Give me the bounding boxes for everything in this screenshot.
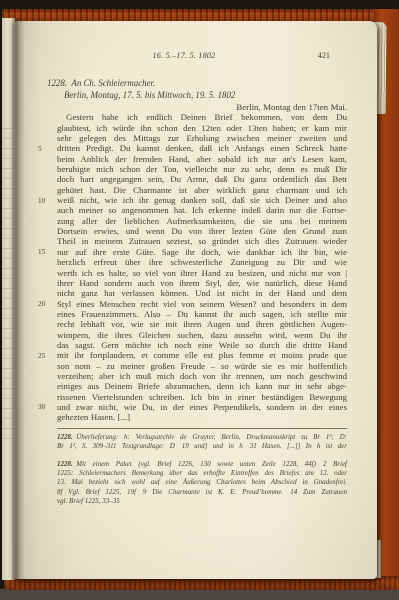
letter-line-text: wimpern, die ihres Gleichen suchen, dazu… <box>57 330 347 340</box>
commentary-line-text: 13. Mai bezieht sich wohl auf eine Äußer… <box>57 478 347 486</box>
line-number: 20 <box>38 299 53 309</box>
apparatus-letter-number: 1228. <box>57 433 73 441</box>
letter-line: 20 Styl eines Menschen recht viel von se… <box>57 299 347 309</box>
letter-line-text: son nom – zu meiner großen Freude – so w… <box>57 361 347 371</box>
letter-line-text: Berlin, Montag den 17ten Mai. <box>236 102 347 112</box>
letter-line: son nom – zu meiner großen Freude – so w… <box>57 361 347 371</box>
letter-line: herzlich erfreut über ihre schwesterlich… <box>57 257 347 267</box>
page-number: 421 <box>318 51 330 60</box>
apparatus-line-text: Br 1¹, S. 309–311 Textgrundlage: D 19 un… <box>57 442 347 450</box>
letter-line-text: herzlich erfreut über ihre schwesterlich… <box>57 257 347 267</box>
letter-line-text: glaubtest, ich würde ihn schon den 12ten… <box>57 123 347 133</box>
commentary-line: 8f Vgl. Brief 1225, 19f 9 Die Charmante … <box>57 488 347 497</box>
line-number: 30 <box>38 402 53 412</box>
line-number: 10 <box>38 196 53 206</box>
letter-body: Berlin, Montag den 17ten Mai. Gestern ha… <box>57 102 347 423</box>
line-number: 25 <box>38 351 53 361</box>
letter-line-text: gehütet hast. Die Charmante ist aber wir… <box>57 185 347 195</box>
letter-line-text: gehezten Hasen. [...] <box>57 412 130 422</box>
letter-line: beim Anblick der fremden Hand, aber soba… <box>57 154 347 164</box>
gutter-shadow <box>11 18 25 580</box>
letter-line-text: einiges aus Deinem Briefe abzumachen, de… <box>57 381 347 391</box>
commentary-line: 1228. Mit einem Paket (vgl. Brief 1226, … <box>57 460 347 469</box>
letter-line: glaubtest, ich würde ihn schon den 12ten… <box>57 123 347 133</box>
letter-line-text: und zwar nicht, wie Du, in der eines Per… <box>57 402 347 412</box>
letter-line-text: mit ihr fortplaudern, et comme elle est … <box>57 350 347 360</box>
letter-line: Theil in meinem Zutrauen seztest, so grü… <box>57 236 347 246</box>
apparatus-divider <box>57 428 347 429</box>
letter-line: nicht ganz hat verlassen können. Und ist… <box>57 288 347 298</box>
apparatus-line-text: Überlieferung: h: Verlagsarchiv de Gruyt… <box>73 433 347 441</box>
letter-line-text: beruhigte mich schon der Ton, vielleicht… <box>57 164 347 174</box>
letter-line-text: Styl eines Menschen recht viel von seine… <box>57 299 347 309</box>
book-page: 16. 5.–17. 5. 1802 421 1228. An Ch. Schl… <box>14 21 377 579</box>
letter-line-text: Dortsein erwies, und wenn Du von ihrer l… <box>57 226 347 236</box>
letter-line-text: werth ich es halte, so viel von ihrer Ha… <box>57 268 347 278</box>
letter-line: Gestern habe ich endlich Deinen Brief be… <box>57 112 347 122</box>
letter-line-text: doch hart angegangen sein, Du Arme, daß … <box>57 174 347 184</box>
letter-line: das sagst. Gern möchte ich noch eine Wei… <box>57 340 347 350</box>
letter-line-text: ihrer Hand sondern auch von ihrem Styl, … <box>57 278 347 288</box>
textual-apparatus: 1228. Überlieferung: h: Verlagsarchiv de… <box>57 433 347 452</box>
letter-line: 5 dritten Predigt. Du kannst denken, daß… <box>57 143 347 153</box>
commentary-letter-number: 1228. <box>57 460 73 468</box>
commentary-line: 1225: Schleiermachers Bemerkung über das… <box>57 469 347 478</box>
letter-line: 15 nur auf ihre erste Güte. Sage ihr doc… <box>57 247 347 257</box>
letter-heading-line1: 1228. An Ch. Schleiermacher. <box>47 78 155 88</box>
letter-line-text: dritten Predigt. Du kannst denken, daß i… <box>57 143 347 153</box>
letter-line: Dortsein erwies, und wenn Du von ihrer l… <box>57 226 347 236</box>
commentary-line-text: vgl. Brief 1225, 33–35 <box>57 497 120 505</box>
letter-line-text: auch meiner so angenommen hat. Ich erken… <box>57 205 347 215</box>
letter-heading-line2: Berlin, Montag, 17. 5. bis Mittwoch, 19.… <box>64 90 235 100</box>
letter-line: 25 mit ihr fortplaudern, et comme elle e… <box>57 350 347 360</box>
letter-line: rissenen Viertelstunden schreiben. Ich b… <box>57 392 347 402</box>
letter-line: werth ich es halte, so viel von ihrer Ha… <box>57 268 347 278</box>
running-header-date: 16. 5.–17. 5. 1802 <box>104 51 264 60</box>
letter-line: einiges aus Deinem Briefe abzumachen, de… <box>57 381 347 391</box>
letter-line: beruhigte mich schon der Ton, vielleicht… <box>57 164 347 174</box>
commentary-line-text: 8f Vgl. Brief 1225, 19f 9 Die Charmante … <box>57 488 347 496</box>
letter-line: ihrer Hand sondern auch von ihrem Styl, … <box>57 278 347 288</box>
letter-line: wimpern, die ihres Gleichen suchen, dazu… <box>57 330 347 340</box>
letter-line: recht lebhaft vor, wie sie mit ihren Aug… <box>57 319 347 329</box>
letter-line-text: rissenen Viertelstunden schreiben. Ich b… <box>57 392 347 402</box>
letter-line-text: zung aller der lieblichen Aufmerksamkeit… <box>57 216 347 226</box>
letter-line: verzeihen; aber ich muß mich doch von ih… <box>57 371 347 381</box>
letter-line: 30 und zwar nicht, wie Du, in der eines … <box>57 402 347 412</box>
letter-line-text: Theil in meinem Zutrauen seztest, so grü… <box>57 236 347 246</box>
commentary-line-text: 1225: Schleiermachers Bemerkung über das… <box>57 469 347 477</box>
letter-line-text: das sagst. Gern möchte ich noch eine Wei… <box>57 340 347 350</box>
commentary-line-text: Mit einem Paket (vgl. Brief 1226, 130 so… <box>73 460 347 468</box>
letter-line-text: nicht ganz hat verlassen können. Und ist… <box>57 288 347 298</box>
letter-line: auch meiner so angenommen hat. Ich erken… <box>57 205 347 215</box>
letter-line-text: nur auf ihre erste Güte. Sage ihr doch, … <box>57 247 347 257</box>
letter-line: 10 weiß nicht, wie ich ihr genug danken … <box>57 195 347 205</box>
letter-line-text: beim Anblick der fremden Hand, aber soba… <box>57 154 347 164</box>
letter-line-text: eines Frauenzimmers. Also – Du kannst ih… <box>57 309 347 319</box>
letter-line: gehezten Hasen. [...] <box>57 412 347 422</box>
commentary-line: 13. Mai bezieht sich wohl auf eine Äußer… <box>57 478 347 487</box>
letter-line-text: verzeihen; aber ich muß mich doch von ih… <box>57 371 347 381</box>
line-number: 15 <box>38 247 53 257</box>
letter-line: eines Frauenzimmers. Also – Du kannst ih… <box>57 309 347 319</box>
book-photo-background: 16. 5.–17. 5. 1802 421 1228. An Ch. Schl… <box>0 0 399 600</box>
letter-line: doch hart angegangen sein, Du Arme, daß … <box>57 174 347 184</box>
letter-line: zung aller der lieblichen Aufmerksamkeit… <box>57 216 347 226</box>
commentary-apparatus: 1228. Mit einem Paket (vgl. Brief 1226, … <box>57 460 347 507</box>
letter-line: sehr gelegen des Mittags zur Erholung zw… <box>57 133 347 143</box>
apparatus-line: Br 1¹, S. 309–311 Textgrundlage: D 19 un… <box>57 442 347 451</box>
commentary-line: vgl. Brief 1225, 33–35 <box>57 497 347 506</box>
letter-line-text: sehr gelegen des Mittags zur Erholung zw… <box>57 133 347 143</box>
letter-line: gehütet hast. Die Charmante ist aber wir… <box>57 185 347 195</box>
apparatus-line: 1228. Überlieferung: h: Verlagsarchiv de… <box>57 433 347 442</box>
letter-line-text: weiß nicht, wie ich ihr genug danken sol… <box>57 195 347 205</box>
letter-line-text: Gestern habe ich endlich Deinen Brief be… <box>57 112 347 122</box>
letter-line: Berlin, Montag den 17ten Mai. <box>57 102 347 112</box>
letter-line-text: recht lebhaft vor, wie sie mit ihren Aug… <box>57 319 347 329</box>
line-number: 5 <box>38 144 53 154</box>
